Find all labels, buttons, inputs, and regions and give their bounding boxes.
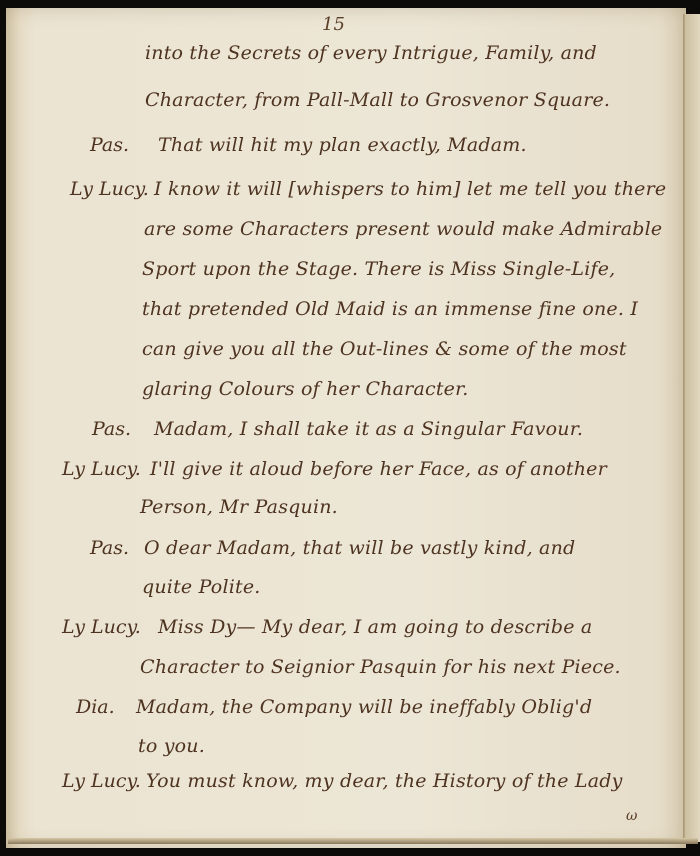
manuscript-line: that pretended Old Maid is an immense fi… <box>142 298 638 320</box>
manuscript-line: I know it will [whispers to him] let me … <box>154 178 666 200</box>
speaker-label: Pas. <box>90 134 129 156</box>
speaker-label: Ly Lucy. <box>62 770 141 792</box>
manuscript-line: Person, Mr Pasquin. <box>140 496 338 518</box>
speaker-label: Pas. <box>92 418 131 440</box>
manuscript-line: I'll give it aloud before her Face, as o… <box>150 458 607 480</box>
speaker-label: Ly Lucy. <box>62 616 141 638</box>
manuscript-line: Character to Seignior Pasquin for his ne… <box>140 656 621 678</box>
manuscript-line: are some Characters present would make A… <box>144 218 662 240</box>
page-edge-right <box>684 14 700 842</box>
manuscript-line: to you. <box>138 735 205 757</box>
speaker-label: Pas. <box>90 537 129 559</box>
manuscript-line: glaring Colours of her Character. <box>142 378 469 400</box>
manuscript-line: can give you all the Out-lines & some of… <box>142 338 627 360</box>
manuscript-line: quite Polite. <box>142 576 261 598</box>
manuscript-line: Madam, I shall take it as a Singular Fav… <box>154 418 583 440</box>
manuscript-line: Miss Dy— My dear, I am going to describe… <box>158 616 592 638</box>
page-number: 15 <box>322 14 345 35</box>
manuscript-line: That will hit my plan exactly, Madam. <box>158 134 527 156</box>
speaker-label: Ly Lucy. <box>70 178 149 200</box>
manuscript-line: O dear Madam, that will be vastly kind, … <box>144 537 575 559</box>
manuscript-line: You must know, my dear, the History of t… <box>146 770 623 792</box>
manuscript-line: Character, from Pall-Mall to Grosvenor S… <box>145 89 610 111</box>
manuscript-line: into the Secrets of every Intrigue, Fami… <box>145 42 597 64</box>
speaker-label: Ly Lucy. <box>62 458 141 480</box>
catchword: ω <box>626 808 637 824</box>
manuscript-line: Madam, the Company will be ineffably Obl… <box>136 696 592 718</box>
manuscript-line: Sport upon the Stage. There is Miss Sing… <box>142 258 615 280</box>
speaker-label: Dia. <box>76 696 115 718</box>
page-bottom-edge <box>8 838 698 844</box>
